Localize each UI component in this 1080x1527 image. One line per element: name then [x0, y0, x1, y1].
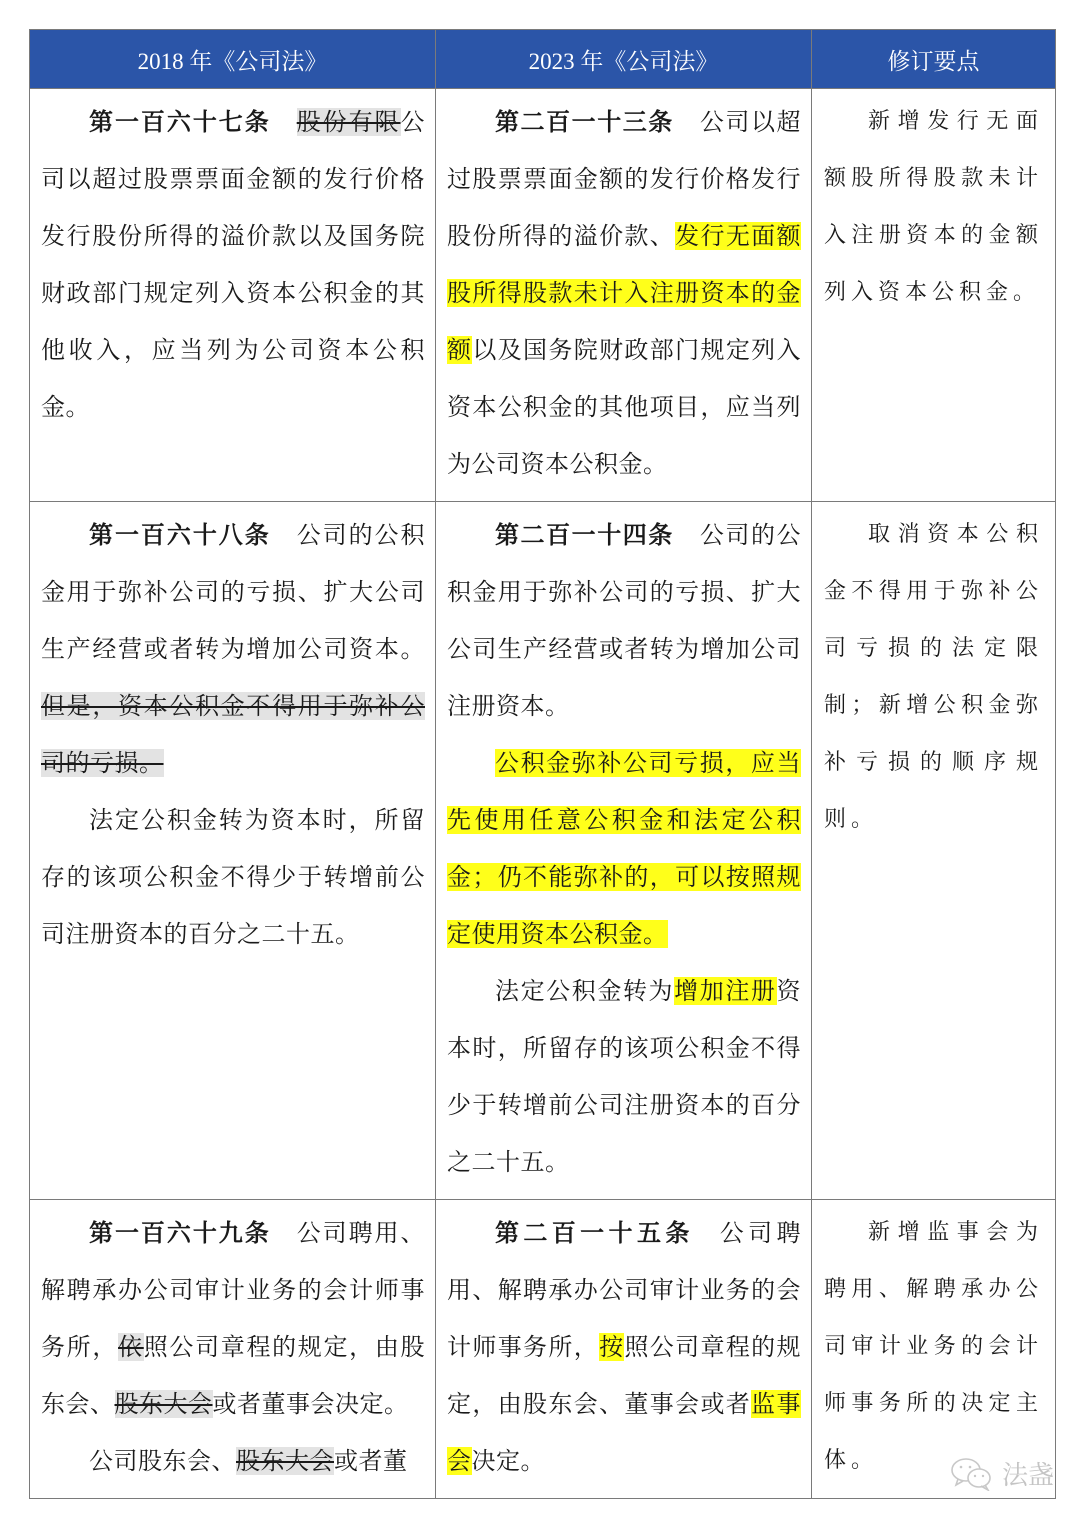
article-number: 第一百六十七条 [89, 107, 271, 136]
added-text: 增加注册 [674, 977, 776, 1005]
new-article-cell: 第二百一十四条公司的公积金用于弥补公司的亏损、扩大公司生产经营或者转为增加公司注… [436, 502, 812, 1200]
watermark-text: 法盏 [1002, 1455, 1054, 1492]
article-number: 第一百六十八条 [89, 520, 271, 549]
deleted-text: 依 [118, 1333, 144, 1361]
article-text: 决定。 [472, 1447, 546, 1475]
table-row: 第一百六十九条公司聘用、解聘承办公司审计业务的会计师事务所，依照公司章程的规定，… [30, 1200, 1056, 1499]
old-article-cell: 第一百六十九条公司聘用、解聘承办公司审计业务的会计师事务所，依照公司章程的规定，… [30, 1200, 436, 1499]
deleted-text: 但是，资本公积金不得用于弥补公司的亏损。 [41, 692, 425, 777]
article-text: 公司以超过股票票面金额的发行价格发行股份所得的溢价款以及国务院财政部门规定列入资… [41, 108, 425, 421]
deleted-text: 股东大会 [115, 1390, 213, 1418]
old-article-cell: 第一百六十七条股份有限公司以超过股票票面金额的发行价格发行股份所得的溢价款以及国… [30, 89, 436, 502]
table-header-row: 2018 年《公司法》 2023 年《公司法》 修订要点 [30, 30, 1056, 89]
header-2018-law: 2018 年《公司法》 [30, 30, 436, 89]
article-text: 资本时，所留存的该项公积金不得少于转增前公司注册资本的百分之二十五。 [447, 977, 801, 1176]
added-text: 公积金弥补公司亏损，应当先使用任意公积金和法定公积金；仍不能弥补的，可以按照规定… [447, 749, 801, 948]
header-2023-law: 2023 年《公司法》 [436, 30, 812, 89]
article-number: 第二百一十三条 [495, 107, 674, 136]
article-number: 第二百一十四条 [495, 520, 674, 549]
revision-note-cell: 取消资本公积金不得用于弥补公司亏损的法定限制；新增公积金弥补亏损的顺序规则。 [812, 502, 1056, 1200]
table-row: 第一百六十八条公司的公积金用于弥补公司的亏损、扩大公司生产经营或者转为增加公司资… [30, 502, 1056, 1200]
header-revision-points: 修订要点 [812, 30, 1056, 89]
article-text: 法定公积金转为 [495, 977, 674, 1005]
law-comparison-table: 2018 年《公司法》 2023 年《公司法》 修订要点 第一百六十七条股份有限… [29, 29, 1056, 1499]
article-paragraph: 法定公积金转为资本时，所留存的该项公积金不得少于转增前公司注册资本的百分之二十五… [41, 792, 425, 963]
article-text: 以及国务院财政部门规定列入资本公积金的其他项目，应当列为公司资本公积金。 [447, 336, 801, 478]
revision-note-cell: 新增发行无面额股所得股款未计入注册资本的金额列入资本公积金。 [812, 89, 1056, 502]
new-article-cell: 第二百一十三条公司以超过股票票面金额的发行价格发行股份所得的溢价款、发行无面额股… [436, 89, 812, 502]
revision-note-cell: 新增监事会为聘用、解聘承办公司审计业务的会计师事务所的决定主体。 [812, 1200, 1056, 1499]
watermark: 法盏 [950, 1455, 1054, 1492]
old-article-cell: 第一百六十八条公司的公积金用于弥补公司的亏损、扩大公司生产经营或者转为增加公司资… [30, 502, 436, 1200]
revision-note: 新增监事会为聘用、解聘承办公司审计业务的会计师事务所的决定主体。 [824, 1204, 1043, 1489]
new-article-cell: 第二百一十五条公司聘用、解聘承办公司审计业务的会计师事务所，按照公司章程的规定，… [436, 1200, 812, 1499]
deleted-text: 股东大会 [236, 1447, 334, 1475]
deleted-text: 股份有限 [297, 108, 401, 136]
article-number: 第一百六十九条 [89, 1218, 271, 1247]
article-text: 或者董 [334, 1447, 408, 1475]
article-number: 第二百一十五条 [495, 1218, 694, 1247]
article-text: 或者董事会决定。 [213, 1390, 409, 1418]
revision-note: 取消资本公积金不得用于弥补公司亏损的法定限制；新增公积金弥补亏损的顺序规则。 [824, 506, 1043, 848]
added-text: 按 [599, 1333, 624, 1361]
article-text: 公司的公积金用于弥补公司的亏损、扩大公司生产经营或者转为增加公司注册资本。 [447, 521, 801, 720]
article-text: 公司股东会、 [89, 1447, 236, 1475]
wechat-icon [950, 1457, 994, 1491]
table-row: 第一百六十七条股份有限公司以超过股票票面金额的发行价格发行股份所得的溢价款以及国… [30, 89, 1056, 502]
revision-note: 新增发行无面额股所得股款未计入注册资本的金额列入资本公积金。 [824, 93, 1043, 321]
